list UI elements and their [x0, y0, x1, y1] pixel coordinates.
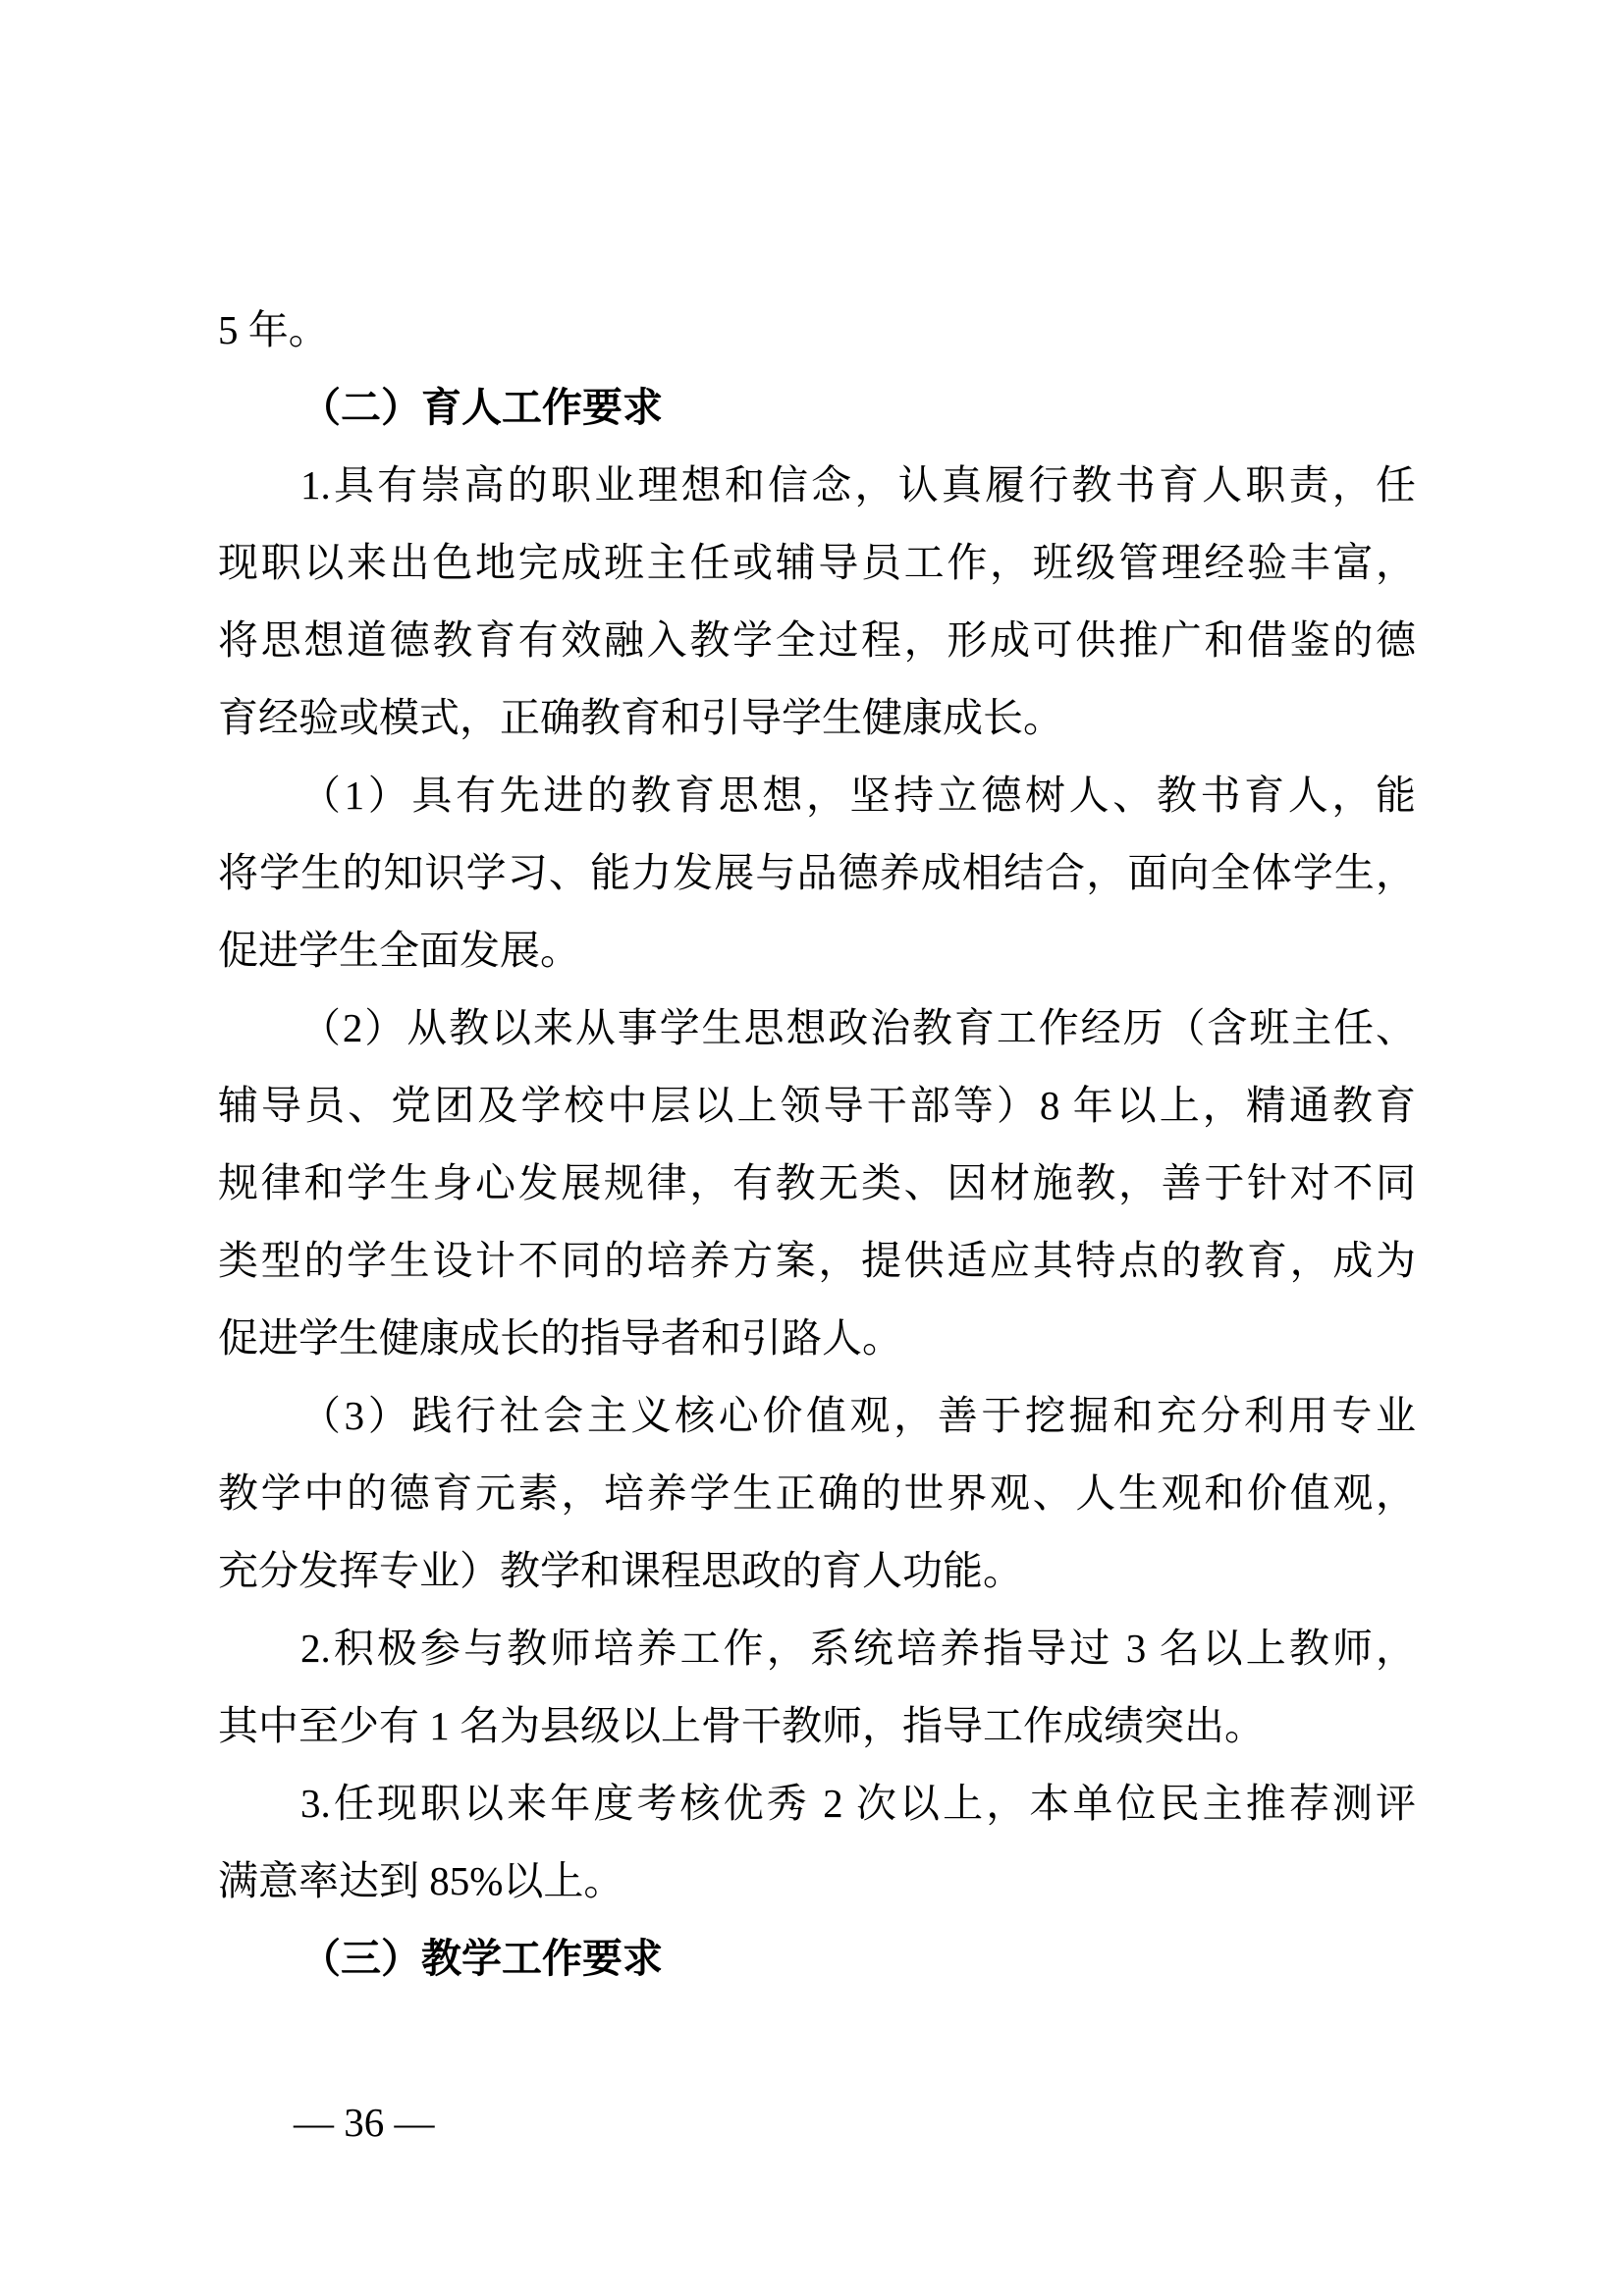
text-line: 辅导员、党团及学校中层以上领导干部等）8 年以上，精通教育: [218, 1067, 1416, 1145]
text-line: 类型的学生设计不同的培养方案，提供适应其特点的教育，成为: [218, 1222, 1416, 1300]
text-line: 充分发挥专业）教学和课程思政的育人功能。: [218, 1532, 1416, 1610]
text-line: 现职以来出色地完成班主任或辅导员工作，班级管理经验丰富，: [218, 524, 1416, 602]
section-heading: （三）教学工作要求: [218, 1920, 1416, 1998]
text-line: 其中至少有 1 名为县级以上骨干教师，指导工作成绩突出。: [218, 1687, 1416, 1765]
text-line: 促进学生全面发展。: [218, 912, 1416, 989]
text-line: （1）具有先进的教育思想，坚持立德树人、教书育人，能: [218, 757, 1416, 834]
text-line: 促进学生健康成长的指导者和引路人。: [218, 1300, 1416, 1377]
text-line: 满意率达到 85%以上。: [218, 1842, 1416, 1920]
document-page: 5 年。（二）育人工作要求1.具有崇高的职业理想和信念，认真履行教书育人职责，任…: [0, 0, 1624, 2296]
text-line: 3.任现职以来年度考核优秀 2 次以上，本单位民主推荐测评: [218, 1765, 1416, 1842]
document-body: 5 年。（二）育人工作要求1.具有崇高的职业理想和信念，认真履行教书育人职责，任…: [218, 292, 1416, 1998]
text-line: 育经验或模式，正确教育和引导学生健康成长。: [218, 679, 1416, 757]
text-line: 将学生的知识学习、能力发展与品德养成相结合，面向全体学生，: [218, 834, 1416, 912]
text-line: 将思想道德教育有效融入教学全过程，形成可供推广和借鉴的德: [218, 602, 1416, 679]
page-number: — 36 —: [253, 2052, 435, 2193]
text-line: 规律和学生身心发展规律，有教无类、因材施教，善于针对不同: [218, 1145, 1416, 1222]
text-line: 教学中的德育元素，培养学生正确的世界观、人生观和价值观，: [218, 1455, 1416, 1532]
section-heading: （二）育人工作要求: [218, 369, 1416, 447]
page-number-text: — 36 —: [294, 2100, 435, 2145]
text-line: 5 年。: [218, 292, 1416, 369]
text-line: 2.积极参与教师培养工作，系统培养指导过 3 名以上教师，: [218, 1610, 1416, 1687]
text-line: （3）践行社会主义核心价值观，善于挖掘和充分利用专业: [218, 1377, 1416, 1455]
text-line: （2）从教以来从事学生思想政治教育工作经历（含班主任、: [218, 989, 1416, 1067]
text-line: 1.具有崇高的职业理想和信念，认真履行教书育人职责，任: [218, 447, 1416, 524]
